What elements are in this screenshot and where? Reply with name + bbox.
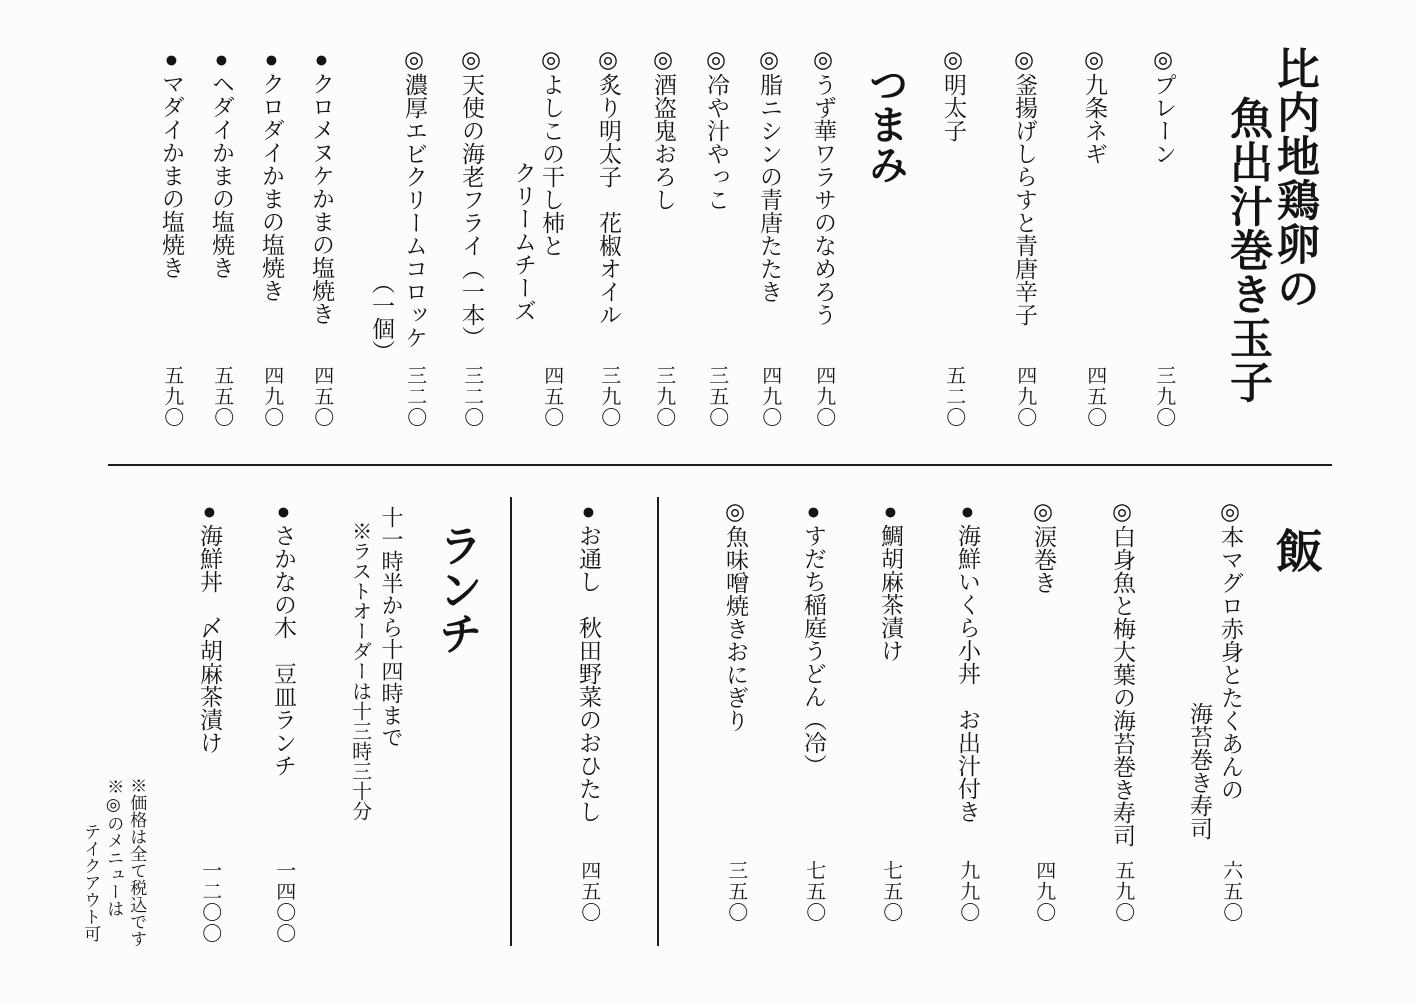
- takeout-mark-icon: ◎: [1151, 47, 1176, 73]
- takeout-mark-icon: ◎: [1031, 499, 1056, 525]
- takeout-mark-icon: ◎: [651, 47, 676, 73]
- menu-item: ●マダイかまの塩焼き 五九〇: [157, 47, 185, 429]
- bullet-mark-icon: ●: [259, 47, 284, 72]
- menu-item: ●さかなの木 豆皿ランチ 一四〇〇: [269, 499, 297, 949]
- item-name: お通し 秋田野菜のおひたし: [576, 524, 601, 823]
- item-name: 白身魚と梅大葉の海苔巻き寿司: [1110, 525, 1135, 847]
- menu-page: { "menu": { "title": { "line1": "比内地鶏卵の"…: [0, 0, 1416, 1002]
- item-name: 明太子: [941, 73, 966, 142]
- menu-item: ●クロダイかまの塩焼き 四九〇: [257, 47, 285, 429]
- menu-item: ◎よしこの干し柿と クリームチーズ 四五〇: [537, 47, 565, 429]
- section-header-meshi: 飯: [1268, 527, 1322, 573]
- item-price: 三九〇: [1151, 365, 1175, 428]
- item-name-line2: （一個）: [368, 271, 395, 363]
- vertical-divider: [510, 497, 512, 946]
- menu-item: ●海鮮いくら小丼 お出汁付き 九九〇: [953, 499, 981, 949]
- item-price: 一四〇〇: [271, 860, 295, 944]
- item-name: 涙巻き: [1031, 525, 1056, 594]
- item-price: 五二〇: [941, 365, 965, 428]
- takeout-mark-icon: ◎: [811, 47, 836, 73]
- takeout-mark-icon: ◎: [1218, 499, 1243, 525]
- menu-item: ●鯛胡麻茶漬け 七五〇: [876, 499, 904, 949]
- menu-item: ◎明太子 五二〇: [939, 47, 967, 429]
- vertical-divider: [657, 497, 659, 946]
- item-name: うず華ワラサのなめろう: [811, 73, 836, 326]
- item-name: 冷や汁やっこ: [704, 73, 729, 211]
- menu-item: ◎九条ネギ 四五〇: [1080, 47, 1108, 429]
- item-name: 九条ネギ: [1082, 73, 1107, 165]
- item-price: 三二〇: [402, 365, 426, 428]
- bullet-mark-icon: ●: [576, 499, 601, 524]
- item-name: 釜揚げしらすと青唐辛子: [1012, 73, 1037, 326]
- item-price: 三二〇: [459, 365, 483, 428]
- item-name-line2: クリームチーズ: [510, 161, 537, 322]
- takeout-mark-icon: ◎: [596, 47, 621, 73]
- takeout-mark-icon: ◎: [539, 47, 564, 73]
- bullet-mark-icon: ●: [271, 499, 296, 524]
- item-price: 四五〇: [539, 365, 563, 428]
- item-price: 三五〇: [704, 365, 728, 428]
- menu-item: ●海鮮丼 〆胡麻茶漬け 一二〇〇: [195, 499, 223, 949]
- lunch-hours: 十一時半から十四時まで: [378, 506, 404, 748]
- takeout-mark-icon: ◎: [402, 47, 427, 73]
- takeout-mark-icon: ◎: [757, 47, 782, 73]
- item-price: 七五〇: [801, 860, 825, 923]
- menu-item: ◎炙り明太子 花椒オイル 三九〇: [594, 47, 622, 429]
- menu-item: ●すだち稲庭うどん（冷） 七五〇: [799, 499, 827, 949]
- takeout-mark-icon: ◎: [459, 47, 484, 73]
- item-name: よしこの干し柿と: [539, 73, 564, 257]
- takeout-mark-icon: ◎: [1012, 47, 1037, 73]
- item-price: 四五〇: [576, 860, 600, 923]
- item-name: 海鮮いくら小丼 お出汁付き: [955, 524, 980, 823]
- takeout-mark-icon: ◎: [941, 47, 966, 73]
- item-price: 五九〇: [159, 365, 183, 428]
- item-price: 三五〇: [723, 860, 747, 923]
- menu-item: ◎酒盗鬼おろし 三九〇: [649, 47, 677, 429]
- takeout-mark-icon: ◎: [723, 499, 748, 525]
- menu-item: ◎うず華ワラサのなめろう 四九〇: [809, 47, 837, 429]
- item-name: 鯛胡麻茶漬け: [878, 524, 903, 662]
- menu-item: ◎白身魚と梅大葉の海苔巻き寿司 五九〇: [1108, 499, 1136, 949]
- menu-title: 比内地鶏卵の 魚出汁巻き玉子: [1272, 46, 1319, 476]
- item-name: クロダイかまの塩焼き: [259, 72, 284, 302]
- item-name: クロメヌケかまの塩焼き: [309, 72, 334, 325]
- item-name: 本マグロ赤身とたくあんの: [1218, 525, 1243, 801]
- bullet-mark-icon: ●: [209, 47, 234, 72]
- menu-title-line1: 比内地鶏卵の: [1268, 46, 1319, 476]
- bullet-mark-icon: ●: [197, 499, 222, 524]
- item-price: 四九〇: [1012, 365, 1036, 428]
- item-price: 四五〇: [309, 365, 333, 428]
- section-header-lunch: ランチ: [430, 523, 482, 655]
- item-name: すだち稲庭うどん（冷）: [801, 524, 826, 777]
- item-name: 海鮮丼 〆胡麻茶漬け: [197, 524, 222, 754]
- item-name: マダイかまの塩焼き: [159, 72, 184, 279]
- menu-item: ◎プレーン 三九〇: [1149, 47, 1177, 429]
- menu-item: ●お通し 秋田野菜のおひたし 四五〇: [574, 499, 602, 949]
- item-price: 六五〇: [1218, 860, 1242, 923]
- takeout-mark-icon: ◎: [704, 47, 729, 73]
- item-price: 四九〇: [1031, 860, 1055, 923]
- item-name: 炙り明太子 花椒オイル: [596, 73, 621, 326]
- item-price: 四九〇: [259, 365, 283, 428]
- item-price: 三九〇: [596, 365, 620, 428]
- horizontal-divider: [108, 464, 1332, 466]
- bullet-mark-icon: ●: [955, 499, 980, 524]
- item-name: 天使の海老フライ（一本）: [459, 73, 484, 349]
- menu-item: ◎魚味噌焼きおにぎり 三五〇: [721, 499, 749, 949]
- item-name: 魚味噌焼きおにぎり: [723, 525, 748, 732]
- item-price: 四五〇: [1082, 365, 1106, 428]
- bullet-mark-icon: ●: [309, 47, 334, 72]
- menu-item: ◎濃厚エビクリームコロッケ （一個） 三二〇: [400, 47, 428, 429]
- item-price: 四九〇: [811, 365, 835, 428]
- note-takeout-line1: ※◎のメニューは: [103, 778, 124, 917]
- item-price: 一二〇〇: [197, 860, 221, 944]
- menu-item: ◎冷や汁やっこ 三五〇: [702, 47, 730, 429]
- bullet-mark-icon: ●: [801, 499, 826, 524]
- item-name: 脂ニシンの青唐たたき: [757, 73, 782, 303]
- item-name-line2: 海苔巻き寿司: [1186, 702, 1213, 840]
- menu-item: ◎本マグロ赤身とたくあんの 海苔巻き寿司 六五〇: [1216, 499, 1244, 949]
- menu-item: ◎天使の海老フライ（一本） 三二〇: [457, 47, 485, 429]
- item-price: 五五〇: [209, 365, 233, 428]
- item-price: 九九〇: [955, 860, 979, 923]
- lunch-last-order-note: ※ラストオーダーは十三時三十分: [347, 521, 371, 821]
- item-price: 四九〇: [757, 365, 781, 428]
- item-price: 五九〇: [1110, 860, 1134, 923]
- menu-title-line2: 魚出汁巻き玉子: [1221, 96, 1272, 404]
- note-takeout-line2: テイクアウト可: [80, 823, 101, 942]
- menu-item: ◎釜揚げしらすと青唐辛子 四九〇: [1010, 47, 1038, 429]
- item-name: ヘダイかまの塩焼き: [209, 72, 234, 279]
- item-name: 酒盗鬼おろし: [651, 73, 676, 211]
- item-price: 三九〇: [651, 365, 675, 428]
- item-name: 濃厚エビクリームコロッケ: [402, 73, 427, 349]
- item-name: さかなの木 豆皿ランチ: [271, 524, 296, 777]
- takeout-mark-icon: ◎: [1110, 499, 1135, 525]
- item-price: 七五〇: [878, 860, 902, 923]
- item-name: プレーン: [1151, 73, 1176, 165]
- section-header-tsumami: つまみ: [862, 64, 909, 184]
- takeout-mark-icon: ◎: [1082, 47, 1107, 73]
- menu-item: ◎脂ニシンの青唐たたき 四九〇: [755, 47, 783, 429]
- menu-item: ●ヘダイかまの塩焼き 五五〇: [207, 47, 235, 429]
- bullet-mark-icon: ●: [159, 47, 184, 72]
- menu-item: ●クロメヌケかまの塩焼き 四五〇: [307, 47, 335, 429]
- menu-item: ◎涙巻き 四九〇: [1029, 499, 1057, 949]
- note-tax-included: ※価格は全て税込です: [126, 777, 147, 947]
- bullet-mark-icon: ●: [878, 499, 903, 524]
